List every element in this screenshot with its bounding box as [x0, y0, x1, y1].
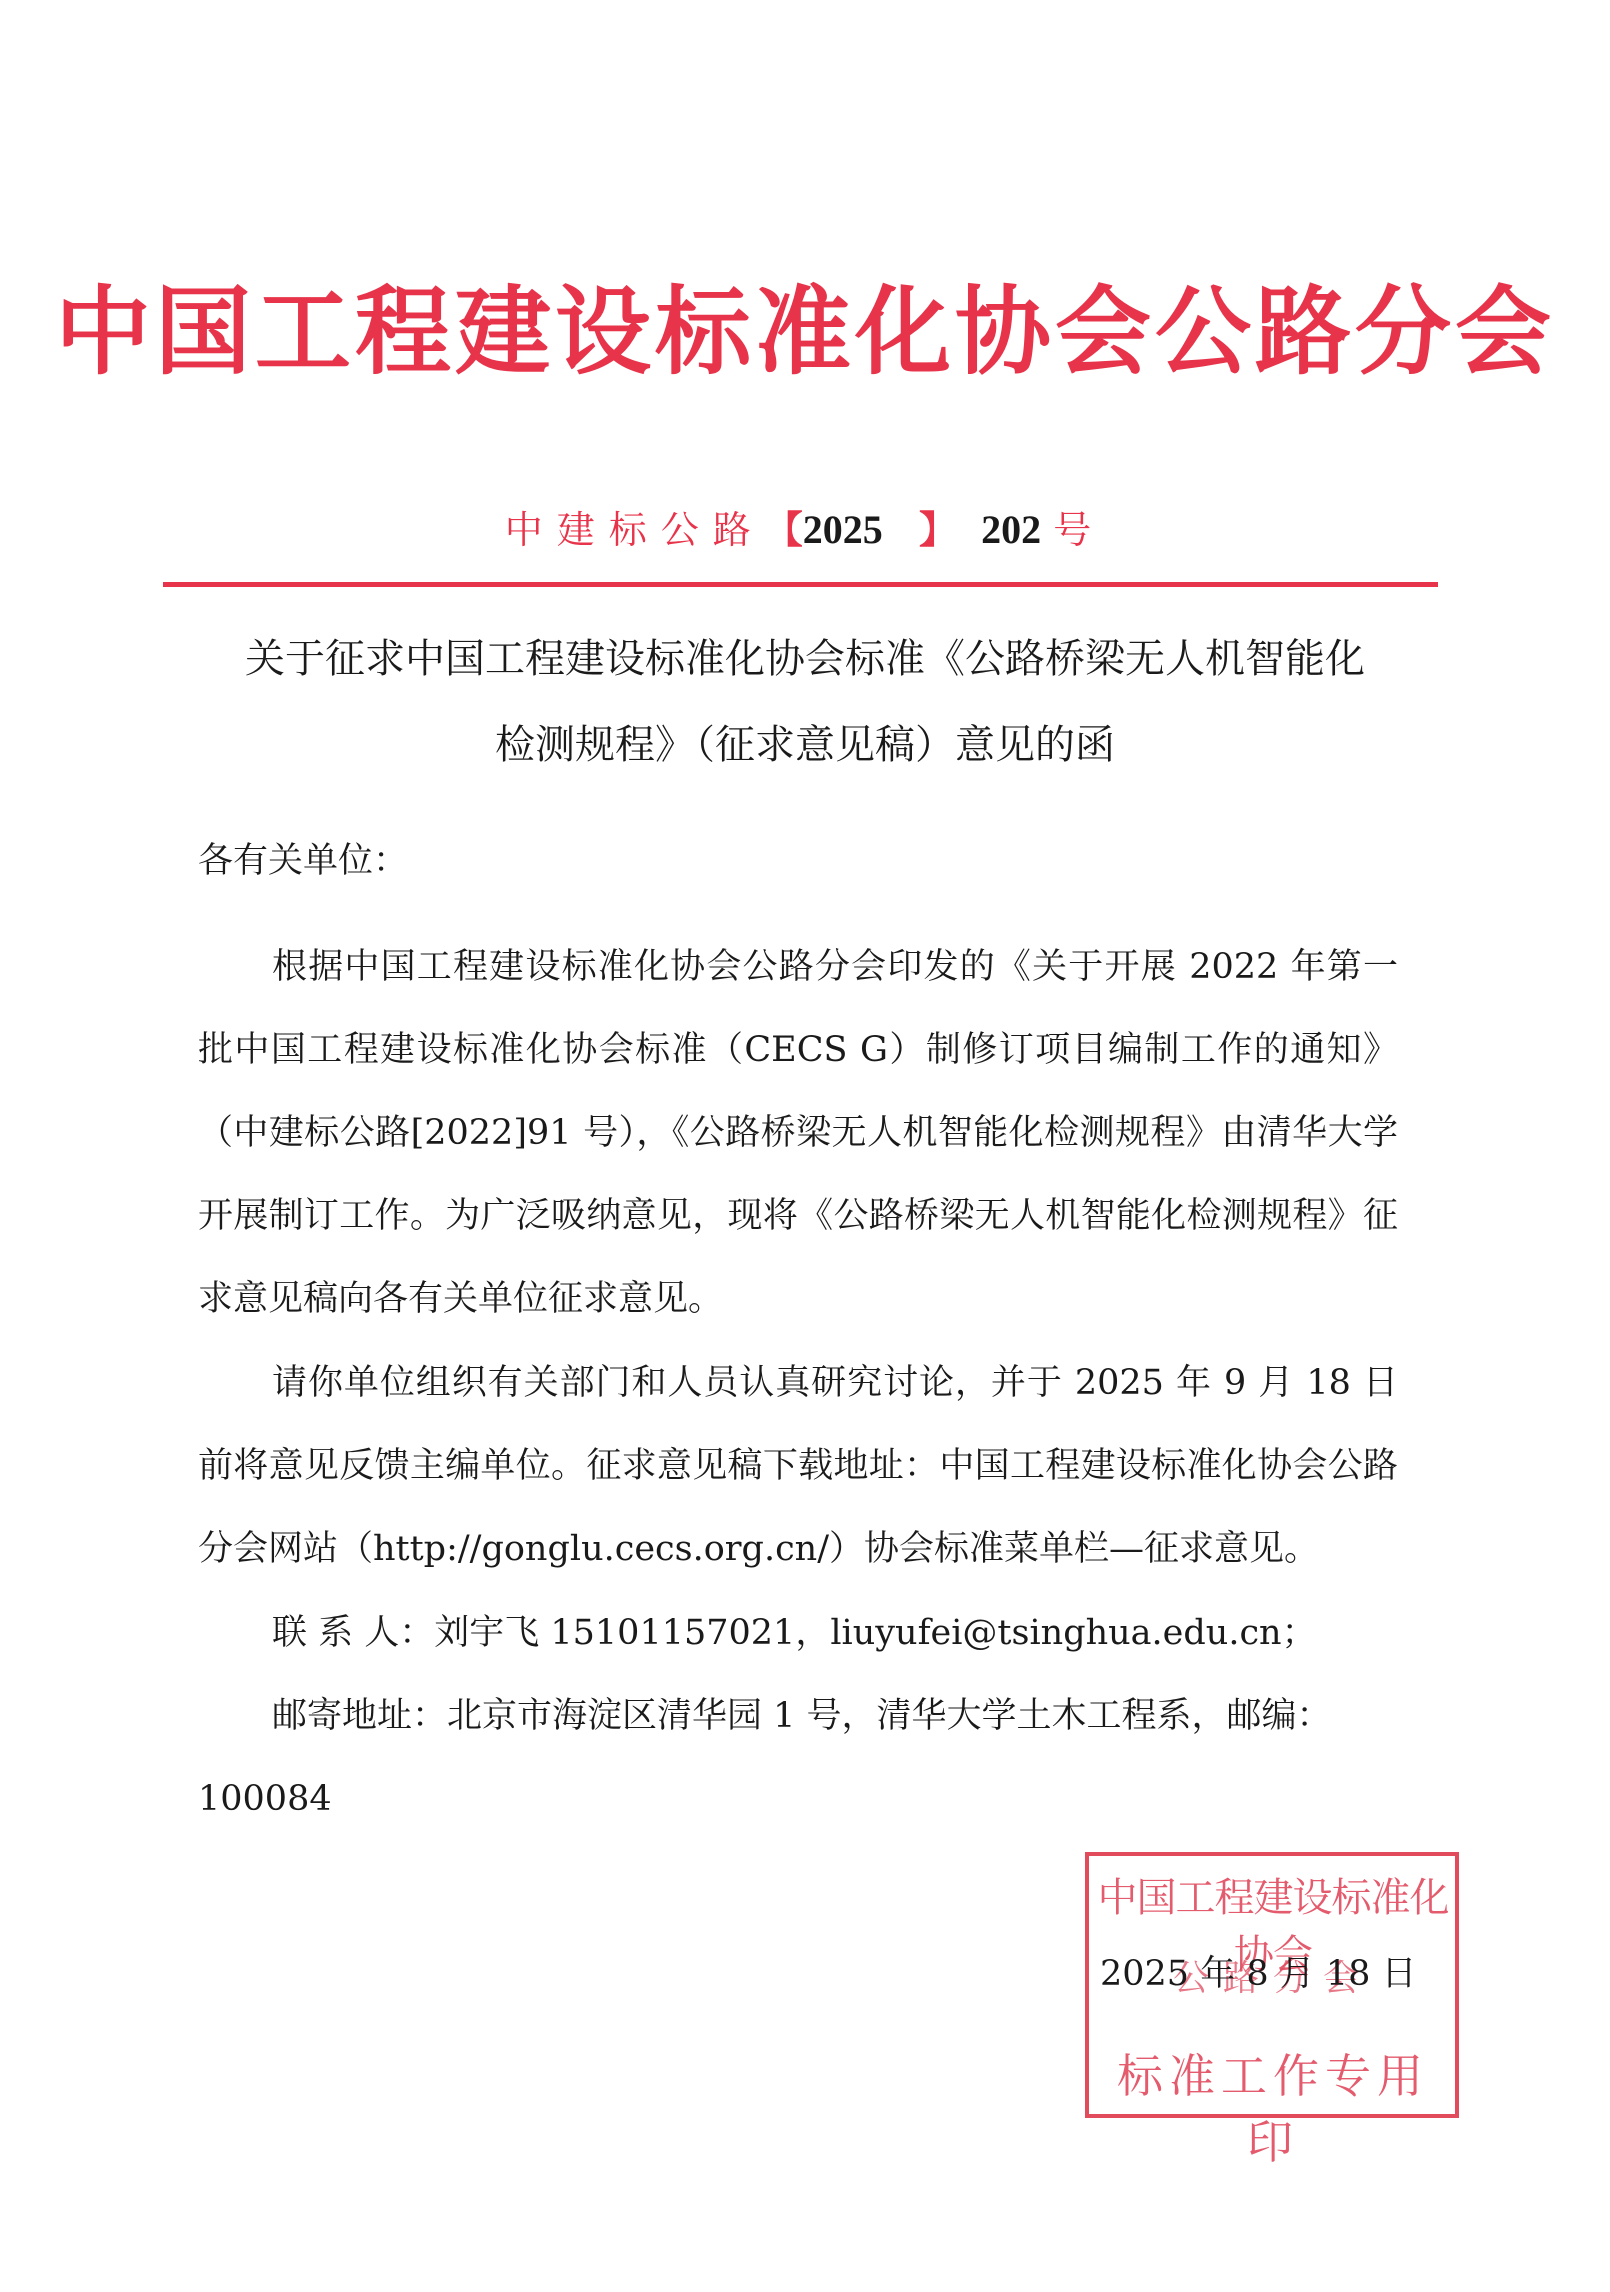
title-line-1: 关于征求中国工程建设标准化协会标准《公路桥梁无人机智能化 [160, 616, 1450, 702]
contact-line: 联 系 人：刘宇飞 15101157021，liuyufei@tsinghua.… [198, 1592, 1398, 1675]
doc-number-bracket-close: 】 [919, 508, 957, 552]
doc-number-suffix: 号 [1053, 508, 1105, 552]
document-title: 关于征求中国工程建设标准化协会标准《公路桥梁无人机智能化 检测规程》（征求意见稿… [160, 616, 1450, 788]
header-divider-rule [163, 582, 1438, 587]
title-line-2: 检测规程》（征求意见稿）意见的函 [160, 702, 1450, 788]
body-paragraph-2: 请你单位组织有关部门和人员认真研究讨论，并于 2025 年 9 月 18 日前将… [198, 1342, 1398, 1591]
signature-date: 2025 年 8 月 18 日 [1100, 1946, 1417, 1996]
doc-number-value: 202 [981, 507, 1041, 552]
doc-number-prefix: 中建标公路 [505, 508, 765, 552]
document-number: 中建标公路【2025 】 202 号 [0, 502, 1610, 558]
doc-number-year: 2025 [803, 507, 883, 552]
organization-masthead: 中国工程建设标准化协会公路分会 [0, 272, 1610, 392]
doc-number-bracket-open: 【 [765, 508, 803, 552]
body-paragraph-1: 根据中国工程建设标准化协会公路分会印发的《关于开展 2022 年第一批中国工程建… [198, 926, 1398, 1341]
postal-code: 100084 [198, 1758, 1398, 1841]
seal-text-purpose: 标准工作专用印 [1092, 2040, 1454, 2172]
mailing-address: 邮寄地址：北京市海淀区清华园 1 号，清华大学土木工程系，邮编： [198, 1675, 1398, 1758]
salutation: 各有关单位： [198, 820, 1398, 903]
